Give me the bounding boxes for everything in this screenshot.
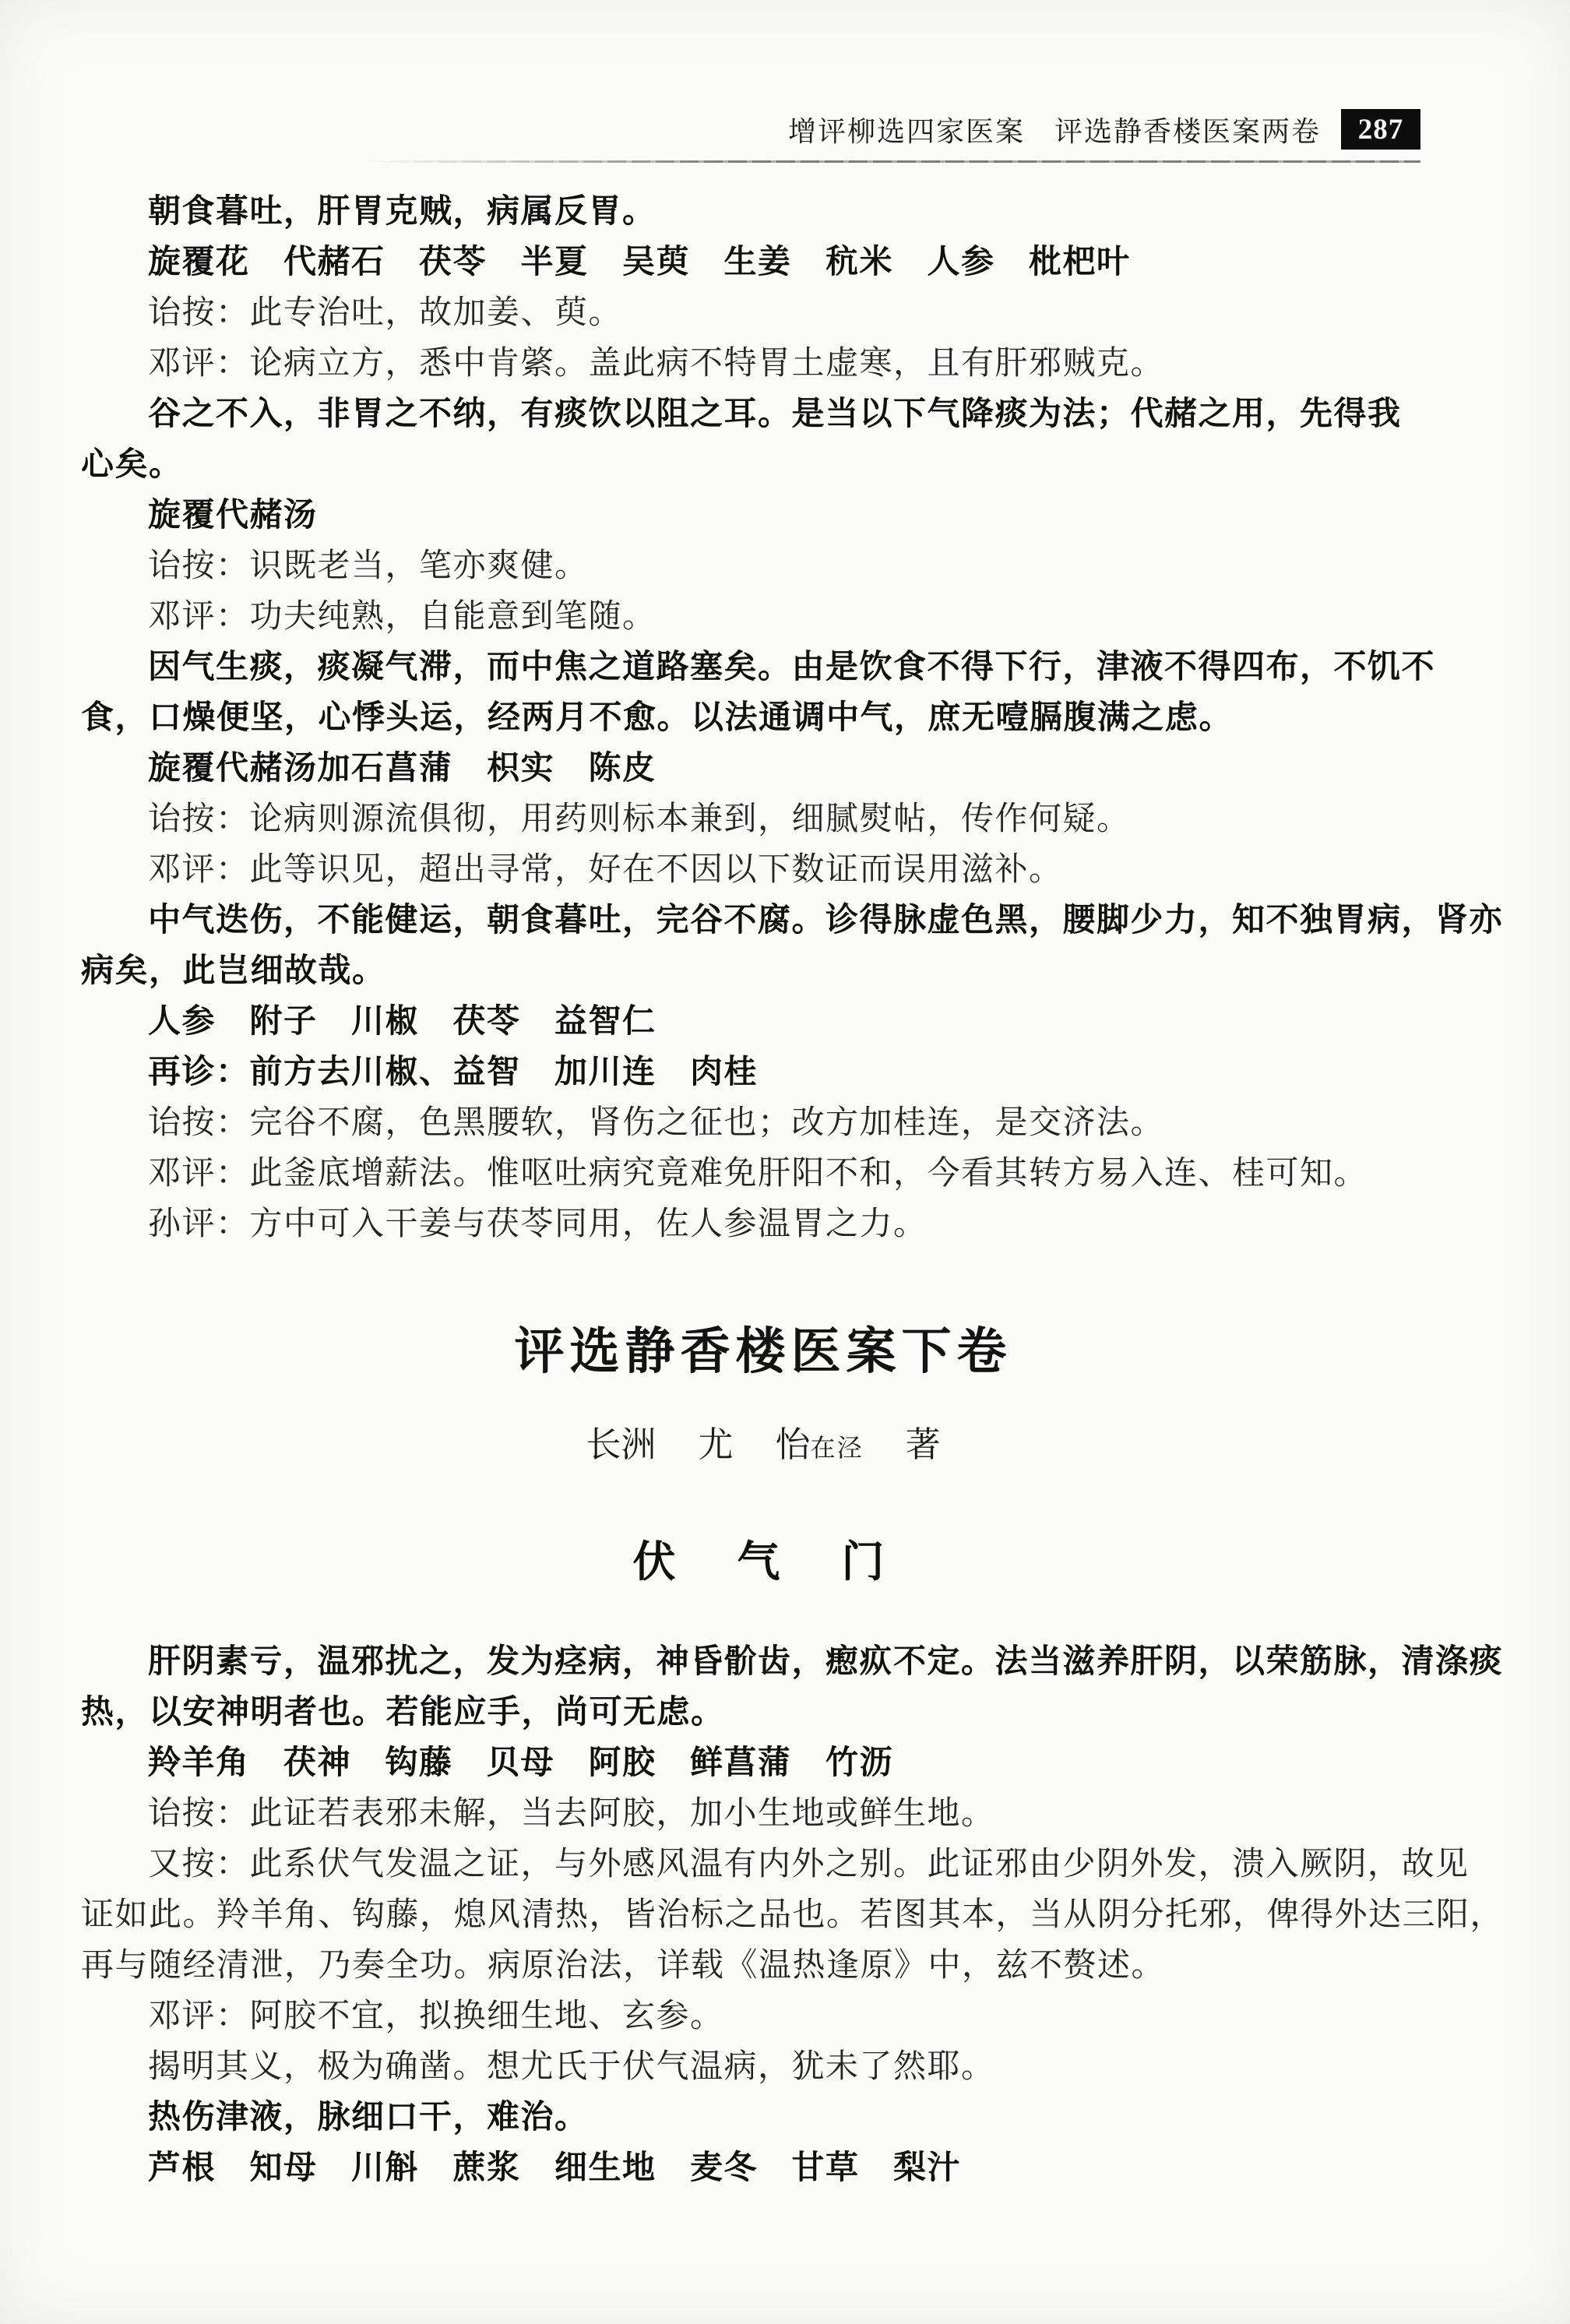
commentary-line: 邓评：功夫纯熟，自能意到笔随。 — [81, 592, 1445, 643]
case-text-line: 中气迭伤，不能健运，朝食暮吐，完谷不腐。诊得脉虚色黑，腰脚少力，知不独胃病，肾亦 — [81, 896, 1445, 946]
author-courtesy-name: 在泾 — [811, 1434, 864, 1462]
case-text-line: 旋覆花 代赭石 茯苓 半夏 吴萸 生姜 秔米 人参 枇杷叶 — [81, 238, 1445, 288]
commentary-line: 证如此。羚羊角、钩藤，熄风清热，皆治标之品也。若图其本，当从阴分托邪，俾得外达三… — [81, 1890, 1445, 1941]
commentary-line: 邓评：阿胶不宜，拟换细生地、玄参。 — [81, 1991, 1445, 2042]
page-body: 朝食暮吐，肝胃克贼，病属反胃。旋覆花 代赭石 茯苓 半夏 吴萸 生姜 秔米 人参… — [0, 187, 1570, 2194]
section-previous-cases: 朝食暮吐，肝胃克贼，病属反胃。旋覆花 代赭石 茯苓 半夏 吴萸 生姜 秔米 人参… — [81, 187, 1445, 1250]
page-number-badge: 287 — [1341, 109, 1420, 150]
author-role: 著 — [906, 1421, 941, 1468]
case-text-line: 羚羊角 茯神 钩藤 贝母 阿胶 鲜菖蒲 竹沥 — [81, 1738, 1445, 1789]
author-surname: 尤 — [698, 1421, 733, 1468]
header-rule — [366, 160, 1420, 163]
commentary-line: 诒按：识既老当，笔亦爽健。 — [81, 541, 1445, 592]
page-header: 增评柳选四家医案 评选静香楼医案两卷 287 — [0, 0, 1570, 150]
case-text-line: 因气生痰，痰凝气滞，而中焦之道路塞矣。由是饮食不得下行，津液不得四布，不饥不 — [81, 643, 1445, 693]
case-text-line: 旋覆代赭汤加石菖蒲 枳实 陈皮 — [81, 744, 1445, 794]
case-text-line: 热伤津液，脉细口干，难治。 — [81, 2093, 1445, 2143]
commentary-line: 诒按：论病则源流俱彻，用药则标本兼到，细腻熨帖，传作何疑。 — [81, 794, 1445, 845]
case-text-line: 病矣，此岂细故哉。 — [81, 946, 1445, 997]
case-text-line: 谷之不入，非胃之不纳，有痰饮以阻之耳。是当以下气降痰为法；代赭之用，先得我 — [81, 389, 1445, 440]
case-text-line: 肝阴素亏，温邪扰之，发为痉病，神昏骱齿，瘛疭不定。法当滋养肝阴，以荣筋脉，清涤痰 — [81, 1637, 1445, 1688]
case-text-line: 旋覆代赭汤 — [81, 491, 1445, 541]
case-text-line: 芦根 知母 川斛 蔗浆 细生地 麦冬 甘草 梨汁 — [81, 2143, 1445, 2194]
commentary-line: 又按：此系伏气发温之证，与外感风温有内外之别。此证邪由少阴外发，溃入厥阴，故见 — [81, 1840, 1445, 1890]
commentary-line: 邓评：论病立方，悉中肯綮。盖此病不特胃土虚寒，且有肝邪贼克。 — [81, 339, 1445, 389]
volume-title: 评选静香楼医案下卷 — [81, 1319, 1445, 1386]
section-fuqi-cases: 肝阴素亏，温邪扰之，发为痉病，神昏骱齿，瘛疭不定。法当滋养肝阴，以荣筋脉，清涤痰… — [81, 1637, 1445, 2194]
case-text-line: 食，口燥便坚，心悸头运，经两月不愈。以法通调中气，庶无噎膈腹满之虑。 — [81, 693, 1445, 744]
case-text-line: 再诊：前方去川椒、益智 加川连 肉桂 — [81, 1048, 1445, 1098]
case-text-line: 人参 附子 川椒 茯苓 益智仁 — [81, 997, 1445, 1048]
commentary-line: 孙评：方中可入干姜与茯苓同用，佐人参温胃之力。 — [81, 1199, 1445, 1250]
commentary-line: 诒按：完谷不腐，色黑腰软，肾伤之征也；改方加桂连，是交济法。 — [81, 1098, 1445, 1149]
chapter-title: 伏 气 门 — [81, 1533, 1445, 1591]
case-text-line: 朝食暮吐，肝胃克贼，病属反胃。 — [81, 187, 1445, 238]
running-title: 增评柳选四家医案 评选静香楼医案两卷 — [788, 110, 1321, 150]
commentary-line: 揭明其义，极为确凿。想尤氏于伏气温病，犹未了然耶。 — [81, 2042, 1445, 2093]
case-text-line: 心矣。 — [81, 440, 1445, 491]
author-line: 长洲 尤 怡在泾 著 — [81, 1421, 1445, 1471]
commentary-line: 邓评：此釜底增薪法。惟呕吐病究竟难免肝阳不和，今看其转方易入连、桂可知。 — [81, 1149, 1445, 1199]
book-page: 增评柳选四家医案 评选静香楼医案两卷 287 朝食暮吐，肝胃克贼，病属反胃。旋覆… — [0, 0, 1570, 2324]
author-given-name: 怡 — [775, 1425, 810, 1464]
commentary-line: 再与随经清泄，乃奏全功。病原治法，详载《温热逢原》中，兹不赘述。 — [81, 1941, 1445, 1991]
case-text-line: 热，以安神明者也。若能应手，尚可无虑。 — [81, 1688, 1445, 1738]
commentary-line: 邓评：此等识见，超出寻常，好在不因以下数证而误用滋补。 — [81, 845, 1445, 896]
author-place: 长洲 — [586, 1421, 656, 1468]
commentary-line: 诒按：此专治吐，故加姜、萸。 — [81, 288, 1445, 339]
author-given-group: 怡在泾 — [775, 1421, 863, 1471]
commentary-line: 诒按：此证若表邪未解，当去阿胶，加小生地或鲜生地。 — [81, 1789, 1445, 1840]
